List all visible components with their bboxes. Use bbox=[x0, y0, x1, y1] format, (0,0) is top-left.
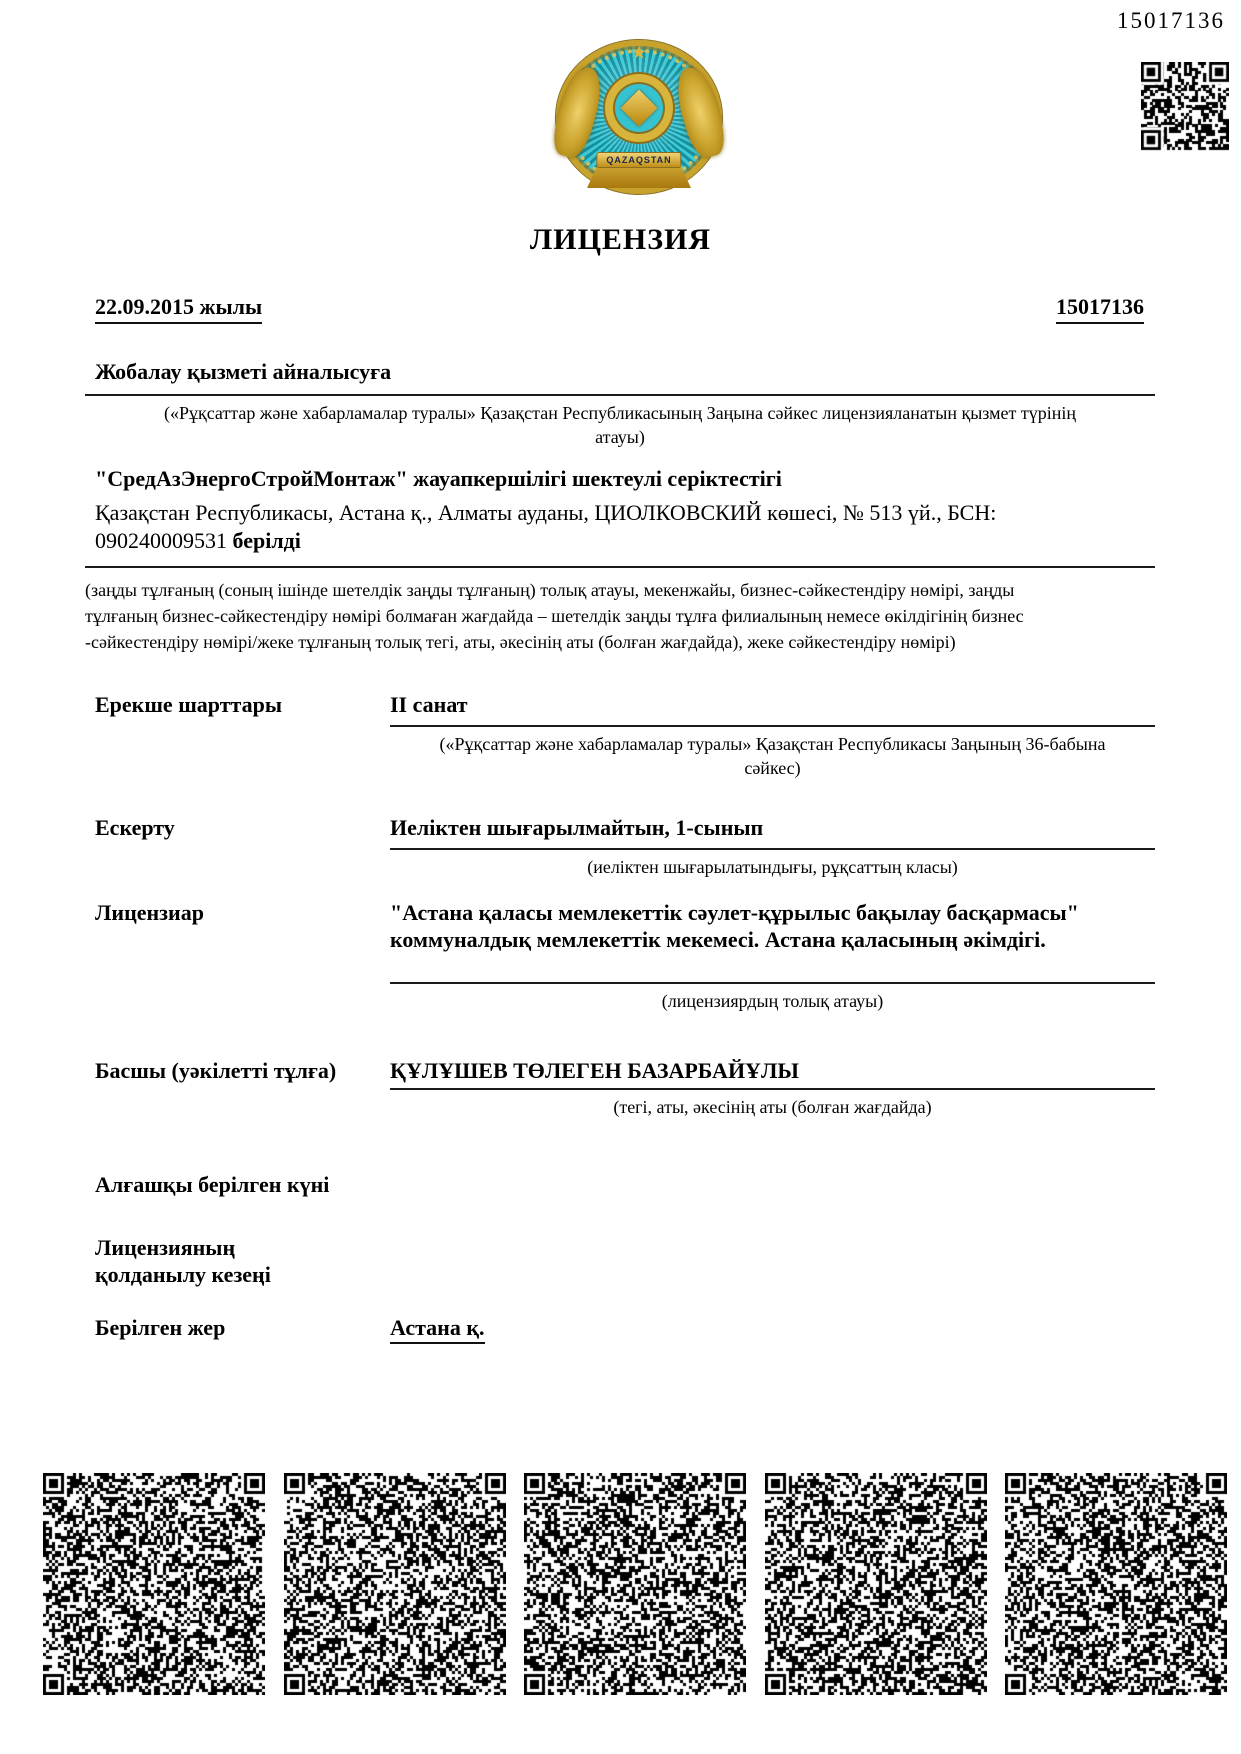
activity-heading: Жобалау қызметі айналысуға bbox=[85, 359, 1155, 396]
field-caption: (лицензиярдың толық атауы) bbox=[390, 989, 1155, 1013]
field-value: Иеліктен шығарылмайтын, 1-сынып bbox=[390, 814, 1155, 850]
field-value-group: Иеліктен шығарылмайтын, 1-сынып (иелікте… bbox=[390, 814, 1155, 879]
field-value-group: "Астана қаласы мемлекеттік сәулет-құрылы… bbox=[390, 899, 1155, 1013]
kazakhstan-coat-of-arms-icon: QAZAQSTAN bbox=[556, 40, 722, 194]
activity-caption-line: («Рұқсаттар және хабарламалар туралы» Қа… bbox=[85, 401, 1155, 425]
field-issue-place: Берілген жер Астана қ. bbox=[85, 1314, 1155, 1344]
field-value: "Астана қаласы мемлекеттік сәулет-құрылы… bbox=[390, 899, 1155, 984]
licensee-caption: (заңды тұлғаның (соның ішінде шетелдік з… bbox=[85, 577, 1155, 655]
document-body: Жобалау қызметі айналысуға («Рұқсаттар ж… bbox=[85, 359, 1155, 1344]
date-number-row: 22.09.2015 жылы 15017136 bbox=[95, 294, 1144, 324]
field-value: Астана қ. bbox=[390, 1314, 485, 1344]
barcode-strip bbox=[43, 1473, 1227, 1695]
field-special-conditions: Ерекше шарттары ІІ санат («Рұқсаттар жән… bbox=[85, 691, 1155, 780]
activity-caption: («Рұқсаттар және хабарламалар туралы» Қа… bbox=[85, 401, 1155, 449]
field-caption: (тегі, аты, әкесінің аты (болған жағдайд… bbox=[390, 1095, 1155, 1119]
licensee-caption-line: (заңды тұлғаның (соның ішінде шетелдік з… bbox=[85, 577, 1155, 603]
licensee-address-line1: Қазақстан Республикасы, Астана қ., Алмат… bbox=[95, 499, 1155, 527]
field-value-group: ІІ санат («Рұқсаттар және хабарламалар т… bbox=[390, 691, 1155, 780]
qr-code-icon bbox=[1141, 62, 1229, 152]
field-value-group: Астана қ. bbox=[390, 1314, 1155, 1344]
field-value-group: ҚҰЛҰШЕВ ТӨЛЕГЕН БАЗАРБАЙҰЛЫ (тегі, аты, … bbox=[390, 1057, 1155, 1119]
field-label: Ерекше шарттары bbox=[85, 691, 390, 780]
activity-caption-line: атауы) bbox=[85, 425, 1155, 449]
field-validity-period: Лицензияның қолданылу кезеңі bbox=[85, 1234, 1155, 1288]
field-label: Басшы (уәкілетті тұлға) bbox=[85, 1057, 390, 1119]
field-label: Ескерту bbox=[85, 814, 390, 879]
issued-word: берілді bbox=[233, 528, 301, 553]
license-document-page: 15017136 QAZAQSTAN ЛИЦЕНЗИЯ 22.09.2015 ж… bbox=[0, 0, 1241, 1754]
data-matrix-barcode-icon bbox=[284, 1473, 506, 1695]
field-value: ҚҰЛҰШЕВ ТӨЛЕГЕН БАЗАРБАЙҰЛЫ bbox=[390, 1057, 1155, 1090]
issue-date: 22.09.2015 жылы bbox=[95, 294, 262, 324]
field-value: ІІ санат bbox=[390, 691, 1155, 727]
field-first-issue-date: Алғашқы берілген күні bbox=[85, 1171, 1155, 1198]
licensee-address-line2: 090240009531 берілді bbox=[95, 527, 1155, 555]
licensee-caption-line: тұлғаның бизнес-сәйкестендіру нөмірі бол… bbox=[85, 603, 1155, 629]
licensee-name: "СредАзЭнергоСтройМонтаж" жауапкершілігі… bbox=[85, 466, 1155, 492]
data-matrix-barcode-icon bbox=[765, 1473, 987, 1695]
field-value bbox=[390, 1234, 1155, 1288]
data-matrix-barcode-icon bbox=[1005, 1473, 1227, 1695]
field-caption: («Рұқсаттар және хабарламалар туралы» Қа… bbox=[390, 732, 1155, 780]
emblem-banner-text: QAZAQSTAN bbox=[596, 152, 681, 168]
license-number: 15017136 bbox=[1056, 294, 1144, 324]
field-label: Берілген жер bbox=[85, 1314, 390, 1344]
licensee-caption-line: -сәйкестендіру нөмірі/жеке тұлғаның толы… bbox=[85, 629, 1155, 655]
field-label: Лицензиар bbox=[85, 899, 390, 1013]
field-caption: (иеліктен шығарылатындығы, рұқсаттың кла… bbox=[390, 855, 1155, 879]
field-licensor: Лицензиар "Астана қаласы мемлекеттік сәу… bbox=[85, 899, 1155, 1013]
document-number-top: 15017136 bbox=[1117, 8, 1225, 34]
field-note: Ескерту Иеліктен шығарылмайтын, 1-сынып … bbox=[85, 814, 1155, 879]
field-label: Алғашқы берілген күні bbox=[85, 1171, 390, 1198]
field-label: Лицензияның қолданылу кезеңі bbox=[85, 1234, 390, 1288]
data-matrix-barcode-icon bbox=[43, 1473, 265, 1695]
field-head: Басшы (уәкілетті тұлға) ҚҰЛҰШЕВ ТӨЛЕГЕН … bbox=[85, 1057, 1155, 1119]
field-value bbox=[390, 1171, 1155, 1198]
licensee-address: Қазақстан Республикасы, Астана қ., Алмат… bbox=[85, 499, 1155, 568]
data-matrix-barcode-icon bbox=[524, 1473, 746, 1695]
